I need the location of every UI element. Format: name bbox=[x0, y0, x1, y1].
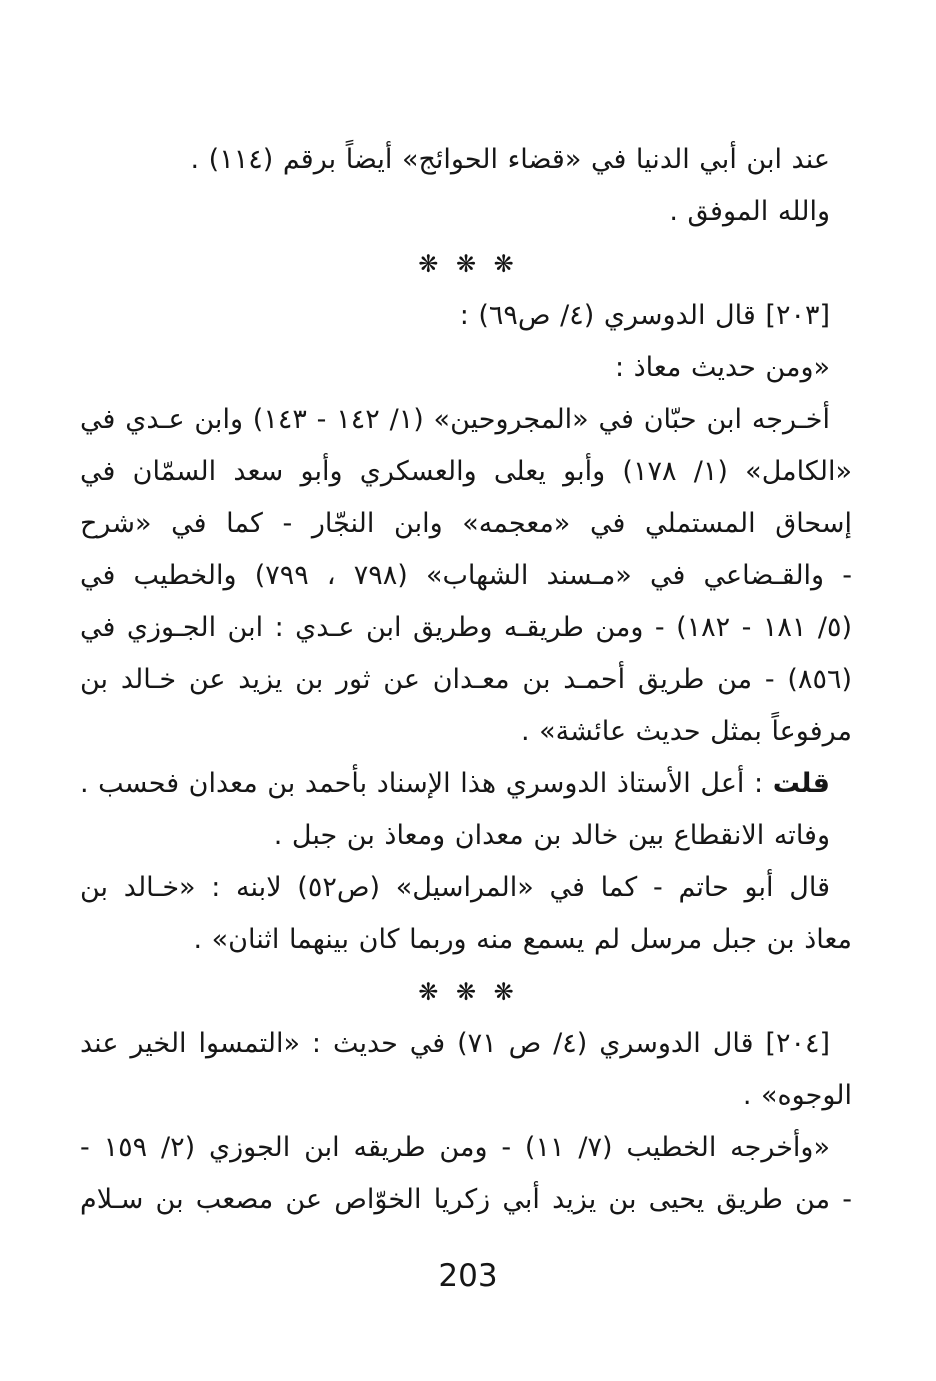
text-line: «ومن حديث معاذ : bbox=[80, 342, 852, 394]
text-line: «الكامل» (١/ ١٧٨) وأبو يعلى والعسكري وأب… bbox=[80, 446, 852, 498]
text-line: أخـرجه ابن حبّان في «المجروحين» (١/ ١٤٢ … bbox=[80, 394, 852, 446]
text-line: - والقـضاعي في «مـسند الشهاب» (⁦٧٩٨ ، ٧٩… bbox=[80, 550, 852, 602]
page-text-block: عند ابن أبي الدنيا في «قضاء الحوائج» أيض… bbox=[80, 134, 852, 1226]
text-segment: : أعل الأستاذ الدوسري هذا الإسناد بأحمد … bbox=[80, 768, 773, 799]
text-line: والله الموفق . bbox=[80, 186, 852, 238]
text-line: [٢٠٤] قال الدوسري (٤/ ص ٧١) في حديث : «ا… bbox=[80, 1018, 852, 1070]
text-line: وفاته الانقطاع بين خالد بن معدان ومعاذ ب… bbox=[80, 810, 852, 862]
section-separator-ornament: ❋ ❋ ❋ bbox=[80, 238, 852, 290]
text-line: إسحاق المستملي في «معجمه» وابن النجّار -… bbox=[80, 498, 852, 550]
section-separator-ornament: ❋ ❋ ❋ bbox=[80, 966, 852, 1018]
text-line: [٢٠٣] قال الدوسري (٤/ ص٦٩) : bbox=[80, 290, 852, 342]
text-line: معاذ بن جبل مرسل لم يسمع منه وربما كان ب… bbox=[80, 914, 852, 966]
text-line: (٥/ ١٨١ - ١٨٢) - ومن طريقـه وطريق ابن عـ… bbox=[80, 602, 852, 654]
text-line: الوجوه» . bbox=[80, 1070, 852, 1122]
page-number: 203 bbox=[0, 1250, 936, 1302]
text-line: - من طريق يحيى بن يزيد أبي زكريا الخوّاص… bbox=[80, 1174, 852, 1226]
text-line: «وأخرجه الخطيب (٧/ ١١) - ومن طريقه ابن ا… bbox=[80, 1122, 852, 1174]
text-line: عند ابن أبي الدنيا في «قضاء الحوائج» أيض… bbox=[80, 134, 852, 186]
text-line: (٨٥٦) - من طريق أحمـد بن معـدان عن ثور ب… bbox=[80, 654, 852, 706]
scanned-book-page: عند ابن أبي الدنيا في «قضاء الحوائج» أيض… bbox=[0, 0, 936, 1381]
text-line: مرفوعاً بمثل حديث عائشة» . bbox=[80, 706, 852, 758]
text-line: قال أبو حاتم - كما في «المراسيل» (ص٥٢) ل… bbox=[80, 862, 852, 914]
text-line: قلت : أعل الأستاذ الدوسري هذا الإسناد بأ… bbox=[80, 758, 852, 810]
bold-lead-word: قلت bbox=[773, 768, 830, 799]
